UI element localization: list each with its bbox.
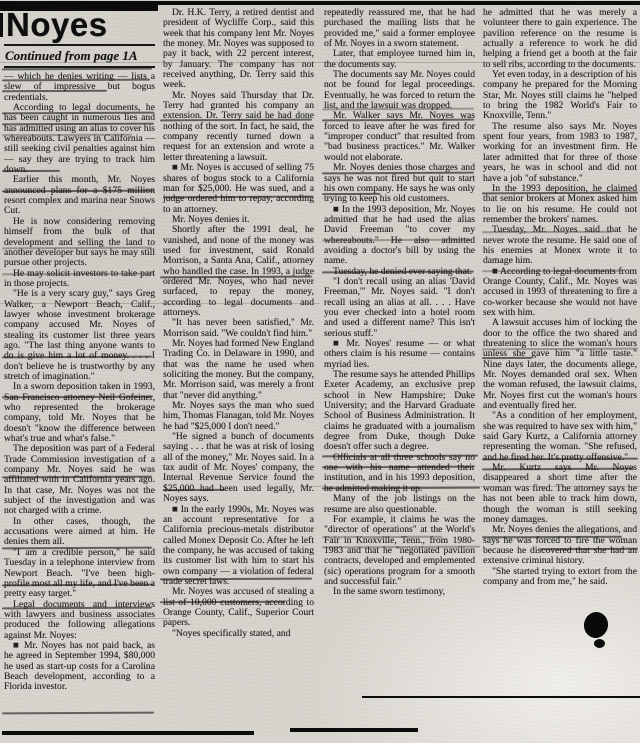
article-paragraph: "She started trying to extort from the c… — [483, 567, 637, 588]
article-paragraph: ■ Mr. Noyes has not paid back, as he agr… — [4, 641, 155, 693]
article-paragraph: ■ In the early 1990s, Mr. Noyes was an a… — [163, 505, 314, 588]
article-paragraph: repeatedly reassured me, that he had pur… — [324, 8, 475, 49]
newspaper-clipping: Noyes Continued from page 1A — which he … — [0, 0, 640, 743]
pen-mark — [322, 193, 380, 195]
article-paragraph: Mr. Noyes denies the allegations, and sa… — [483, 525, 637, 566]
article-paragraph: "I am a credible person," he said Tuesda… — [4, 548, 155, 600]
article-paragraph: ■ In the 1993 deposition, Mr. Noyes admi… — [324, 205, 475, 267]
article-paragraph: Mr. Noyes said Thursday that Dr. Terry h… — [163, 91, 314, 163]
page-title: Noyes — [4, 8, 155, 44]
ink-blot-small — [594, 639, 605, 648]
column-1: Noyes Continued from page 1A — which he … — [4, 8, 155, 740]
end-of-article-rule — [362, 696, 640, 698]
article-paragraph: He may solicit investors to take part in… — [4, 269, 155, 290]
article-paragraph: Mr. Kurtz says Mr. Noyes disappeared a s… — [483, 463, 637, 525]
article-paragraph: Mr. Noyes had formed New England Trading… — [163, 339, 314, 401]
article-paragraph: The documents say Mr. Noyes could not be… — [324, 70, 475, 111]
article-paragraph: According to legal documents, he has bee… — [4, 103, 155, 175]
column-3: repeatedly reassured me, that he had pur… — [324, 8, 475, 708]
article-paragraph: He is now considering removing himself f… — [4, 217, 155, 269]
article-paragraph: The deposition was part of a Federal Tra… — [4, 444, 155, 516]
scan-crease — [300, 486, 640, 487]
article-paragraph: "I don't recall using an alias 'David Fr… — [324, 277, 475, 339]
article-paragraph: The resume also says Mr. Noyes spent fou… — [483, 122, 637, 184]
article-paragraph: Dr. H.K. Terry, a retired dentist and pr… — [163, 8, 314, 91]
scan-crease — [0, 618, 170, 619]
article-paragraph: For example, it claims he was the "direc… — [324, 515, 475, 587]
article-paragraph: In a sworn deposition taken in 1993, San… — [4, 382, 155, 444]
article-paragraph: Yet even today, in a description of his … — [483, 70, 637, 122]
article-paragraph: "It has never been satisfied," Mr. Morri… — [163, 318, 314, 339]
article-paragraph: Mr. Noyes says the man who sued him, Tho… — [163, 401, 314, 432]
pen-mark — [163, 489, 225, 491]
article-paragraph: ■ Mr. Noyes is accused of selling 75 sha… — [163, 163, 314, 215]
headline-rule — [4, 44, 155, 46]
left-edge-mark — [0, 13, 3, 37]
article-paragraph: Mr. Noyes was accused of stealing a list… — [163, 587, 314, 628]
bottom-rule-middle — [290, 728, 418, 732]
bottom-rule-left — [2, 731, 254, 735]
column-4: he admitted that he was merely a volunte… — [483, 8, 637, 696]
article-paragraph: "As a condition of her employment, she w… — [483, 411, 637, 463]
article-paragraph: "He signed a bunch of documents saying .… — [163, 432, 314, 504]
article-paragraph: "Noyes specifically stated, and — [163, 629, 314, 639]
scan-crease — [0, 62, 640, 63]
article-paragraph: Earlier this month, Mr. Noyes announced … — [4, 175, 155, 216]
article-paragraph: ■ According to legal documents from Oran… — [483, 267, 637, 319]
article-paragraph: In other cases, though, the accusations … — [4, 517, 155, 548]
pen-mark — [2, 170, 60, 172]
article-paragraph: In the same sworn testimony, — [324, 587, 475, 597]
scan-crease — [0, 303, 320, 304]
article-paragraph: Legal documents and interviews with lawy… — [4, 600, 155, 641]
column-2: Dr. H.K. Terry, a retired dentist and pr… — [163, 8, 314, 736]
article-paragraph: Many of the job listings on the resume a… — [324, 494, 475, 515]
article-paragraph: he admitted that he was merely a volunte… — [483, 8, 637, 70]
article-paragraph: Later, that employee turned him in, the … — [324, 49, 475, 70]
article-paragraph: — which he denies writing — lists a slew… — [4, 72, 155, 103]
pen-mark — [482, 357, 532, 359]
article-paragraph: In the 1993 deposition, he claimed that … — [483, 184, 637, 225]
article-paragraph: The resume says he attended Phillips Exe… — [324, 370, 475, 453]
article-paragraph: Mr. Noyes denies those charges and says … — [324, 163, 475, 204]
article-paragraph: ■ Mr. Noyes' resume — or what others cla… — [324, 339, 475, 370]
article-paragraph: A lawsuit accuses him of locking the doo… — [483, 318, 637, 411]
